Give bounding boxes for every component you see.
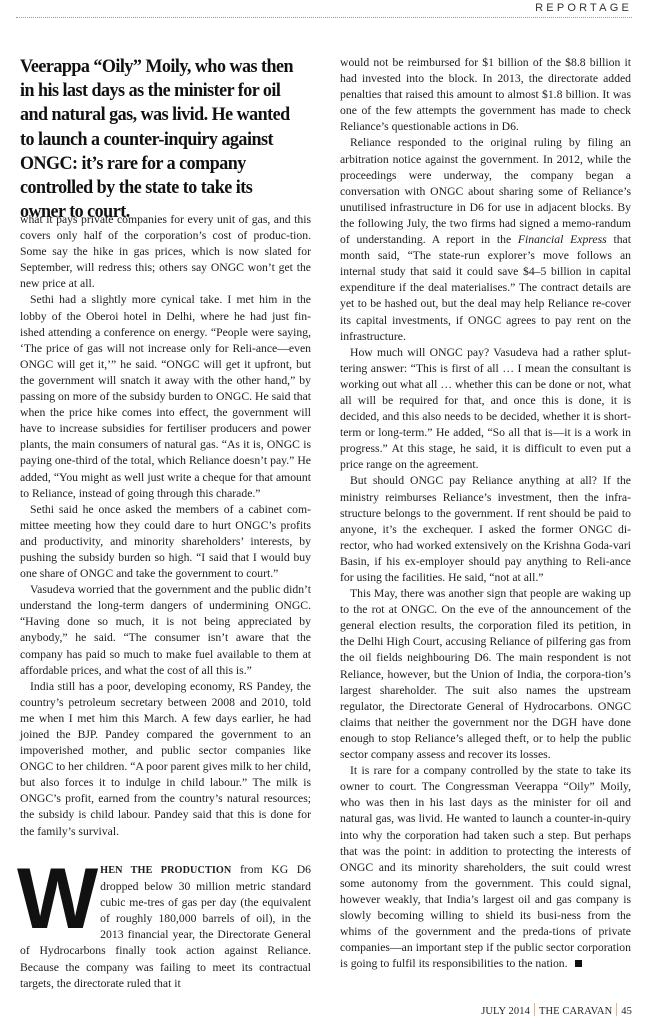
paragraph: Sethi had a slightly more cynical take. … [20,292,311,501]
paragraph: But should ONGC pay Reliance anything at… [340,473,631,586]
paragraph: India still has a poor, developing econo… [20,679,311,840]
section-opening-paragraph: WHEN THE PRODUCTION from KG D6 dropped b… [20,862,311,992]
end-mark-icon [575,960,582,967]
right-column: would not be reimbursed for $1 billion o… [340,55,631,972]
paragraph: Sethi said he once asked the members of … [20,502,311,582]
issue-date: JULY 2014 [481,1006,530,1017]
paragraph: This May, there was another sign that pe… [340,586,631,763]
lead-in: HEN THE PRODUCTION [100,865,231,876]
section-break: WHEN THE PRODUCTION from KG D6 dropped b… [20,862,311,992]
paragraph: It is rare for a company controlled by t… [340,763,631,972]
paragraph: would not be reimbursed for $1 billion o… [340,55,631,135]
paragraph-text: Reliance responded to the original rulin… [340,136,631,246]
paragraph: Reliance responded to the original rulin… [340,135,631,344]
page-number: 45 [621,1006,632,1017]
magazine-name: THE CARAVAN [539,1006,612,1017]
footer-divider [616,1003,617,1016]
paragraph: How much will ONGC pay? Vasudeva had a r… [340,345,631,474]
paragraph-text: that month said, “The state-run explorer… [340,233,631,343]
section-header: REPORTAGE [535,2,632,14]
pull-quote: Veerappa “Oily” Moily, who was then in h… [20,55,299,224]
drop-cap: W [17,866,94,932]
page-footer: JULY 2014THE CARAVAN45 [481,1003,632,1017]
publication-name: Financial Express [518,233,607,246]
paragraph-text: It is rare for a company controlled by t… [340,764,631,970]
paragraph: Vasudeva worried that the government and… [20,582,311,679]
paragraph: what it pays private companies for every… [20,212,311,292]
left-column: what it pays private companies for every… [20,212,311,840]
header-dotted-rule [16,17,632,18]
footer-divider [534,1003,535,1016]
